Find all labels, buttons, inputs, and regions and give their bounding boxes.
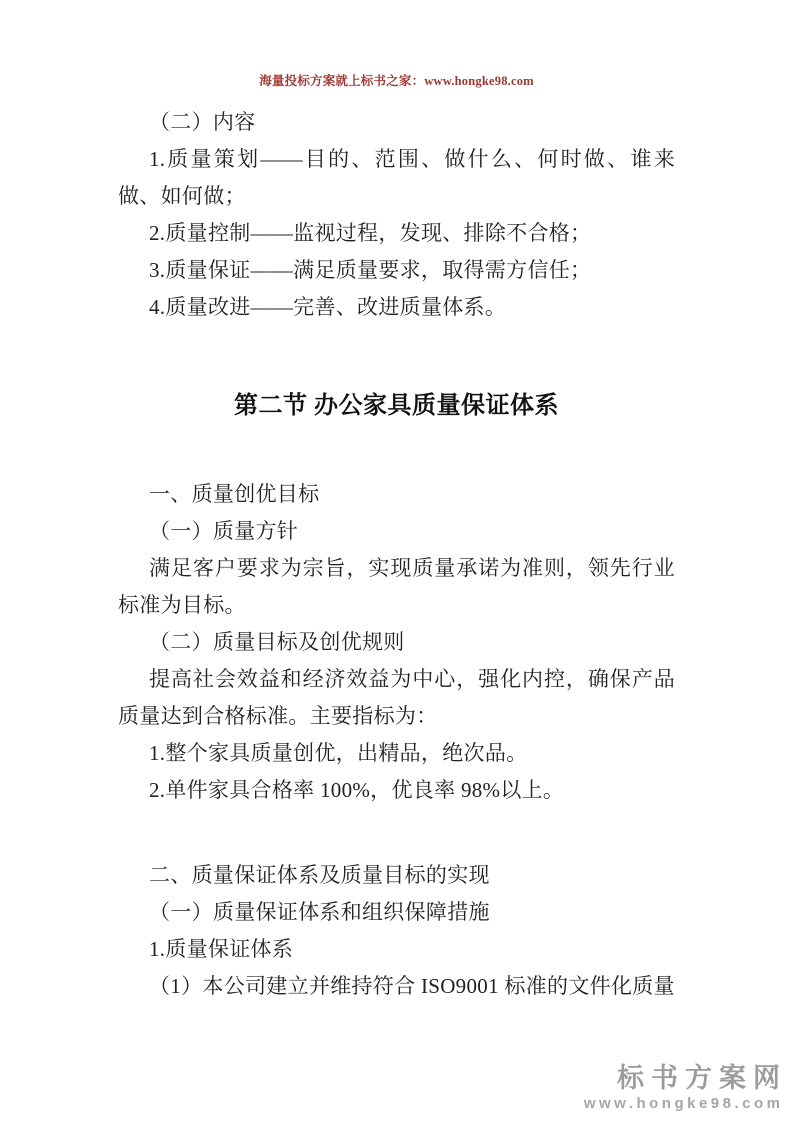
header-promo-text: 海量投标方案就上标书之家：www.hongke98.com — [0, 71, 793, 89]
watermark: 标书方案网 www.hongke98.com — [584, 1064, 780, 1112]
paragraph: 1.质量保证体系 — [118, 931, 675, 968]
document-content: （二）内容 1.质量策划——目的、范围、做什么、何时做、谁来做、如何做； 2.质… — [118, 104, 675, 1005]
document-page: 海量投标方案就上标书之家：www.hongke98.com （二）内容 1.质量… — [0, 0, 793, 1122]
paragraph: 1.质量策划——目的、范围、做什么、何时做、谁来做、如何做； — [118, 141, 675, 215]
paragraph: 3.质量保证——满足质量要求，取得需方信任； — [118, 252, 675, 289]
paragraph: （一）质量方针 — [118, 513, 675, 550]
paragraph: 4.质量改进——完善、改进质量体系。 — [118, 289, 675, 326]
paragraph: 满足客户要求为宗旨，实现质量承诺为准则，领先行业标准为目标。 — [118, 550, 675, 624]
paragraph: 一、质量创优目标 — [118, 476, 675, 513]
section-title: 第二节 办公家具质量保证体系 — [118, 382, 675, 430]
paragraph: 提高社会效益和经济效益为中心，强化内控，确保产品质量达到合格标准。主要指标为： — [118, 661, 675, 735]
paragraph: 2.单件家具合格率 100%，优良率 98%以上。 — [118, 772, 675, 809]
paragraph: （一）质量保证体系和组织保障措施 — [118, 894, 675, 931]
paragraph: 二、质量保证体系及质量目标的实现 — [118, 857, 675, 894]
watermark-site-name: 标书方案网 — [584, 1064, 787, 1094]
paragraph: （二）质量目标及创优规则 — [118, 624, 675, 661]
paragraph: 1.整个家具质量创优，出精品，绝次品。 — [118, 735, 675, 772]
paragraph: （1）本公司建立并维持符合 ISO9001 标准的文件化质量 — [118, 968, 675, 1005]
paragraph: 2.质量控制——监视过程，发现、排除不合格； — [118, 215, 675, 252]
watermark-site-url: www.hongke98.com — [584, 1096, 784, 1113]
paragraph: （二）内容 — [118, 104, 675, 141]
